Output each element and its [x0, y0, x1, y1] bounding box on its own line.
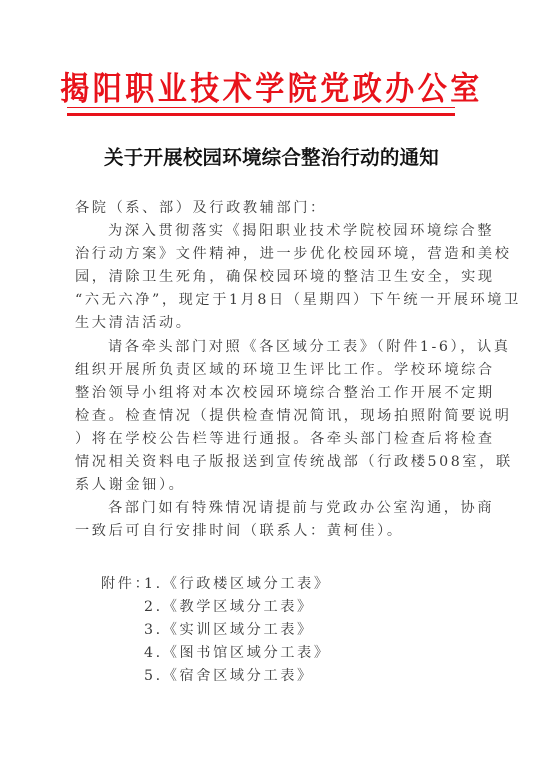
attachment-item: 3.《实训区域分工表》: [101, 619, 331, 642]
paragraph-line: 系人谢金钿）。: [75, 474, 459, 497]
paragraph-line: 治行动方案》文件精神，进一步优化校园环境，营造和美校: [75, 243, 459, 266]
attachments-label: 附件：: [101, 573, 144, 596]
attachment-title: 2.《教学区域分工表》: [144, 599, 314, 615]
paragraph-line: 生大清洁活动。: [75, 312, 459, 335]
paragraph-2: 请各牵头部门对照《各区域分工表》（附件1-6），认真 组织开展所负责区域的环境卫…: [75, 336, 459, 498]
paragraph-line: 组织开展所负责区域的环境卫生评比工作。学校环境综合: [75, 359, 459, 382]
attachment-title: 1.《行政楼区域分工表》: [144, 576, 331, 592]
paragraph-line: 整治领导小组将对本次校园环境综合整治工作开展不定期: [75, 382, 459, 405]
paragraph-line: 请各牵头部门对照《各区域分工表》（附件1-6），认真: [75, 336, 459, 359]
paragraph-line: 园，清除卫生死角，确保校园环境的整洁卫生安全，实现: [75, 266, 459, 289]
paragraph-line: ）将在学校公告栏等进行通报。各牵头部门检查后将检查: [75, 428, 459, 451]
attachment-title: 5.《宿舍区域分工表》: [144, 668, 314, 684]
paragraph-line: 检查。检查情况（提供检查情况简讯，现场拍照附简要说明: [75, 405, 459, 428]
salutation: 各院（系、部）及行政教辅部门：: [75, 197, 459, 220]
attachment-title: 3.《实训区域分工表》: [144, 622, 314, 638]
paragraph-1: 为深入贯彻落实《揭阳职业技术学院校园环境综合整 治行动方案》文件精神，进一步优化…: [75, 220, 459, 335]
attachment-title: 4.《图书馆区域分工表》: [144, 645, 331, 661]
paragraph-3: 各部门如有特殊情况请提前与党政办公室沟通，协商 一致后可自行安排时间（联系人：黄…: [75, 497, 459, 543]
attachments-list: 附件：1.《行政楼区域分工表》 2.《教学区域分工表》 3.《实训区域分工表》 …: [101, 573, 331, 688]
attachment-item: 5.《宿舍区域分工表》: [101, 665, 331, 688]
paragraph-line: 各部门如有特殊情况请提前与党政办公室沟通，协商: [75, 497, 459, 520]
document-body: 各院（系、部）及行政教辅部门： 为深入贯彻落实《揭阳职业技术学院校园环境综合整 …: [75, 197, 459, 543]
paragraph-line: 情况相关资料电子版报送到宣传统战部（行政楼508室，联: [75, 451, 459, 474]
document-page: 揭阳职业技术学院党政办公室 关于开展校园环境综合整治行动的通知 各院（系、部）及…: [0, 0, 543, 768]
letterhead-divider-thick: [67, 113, 455, 116]
paragraph-line: 为深入贯彻落实《揭阳职业技术学院校园环境综合整: [75, 220, 459, 243]
paragraph-line: 一致后可自行安排时间（联系人：黄柯佳）。: [75, 520, 459, 543]
attachment-item: 附件：1.《行政楼区域分工表》: [101, 573, 331, 596]
paragraph-line: “六无六净”，现定于1月8日（星期四）下午统一开展环境卫: [75, 289, 459, 312]
letterhead-divider-thin: [67, 107, 455, 108]
document-title: 关于开展校园环境综合整治行动的通知: [0, 145, 543, 171]
attachment-item: 2.《教学区域分工表》: [101, 596, 331, 619]
attachment-item: 4.《图书馆区域分工表》: [101, 642, 331, 665]
letterhead-org-name: 揭阳职业技术学院党政办公室: [0, 66, 543, 111]
